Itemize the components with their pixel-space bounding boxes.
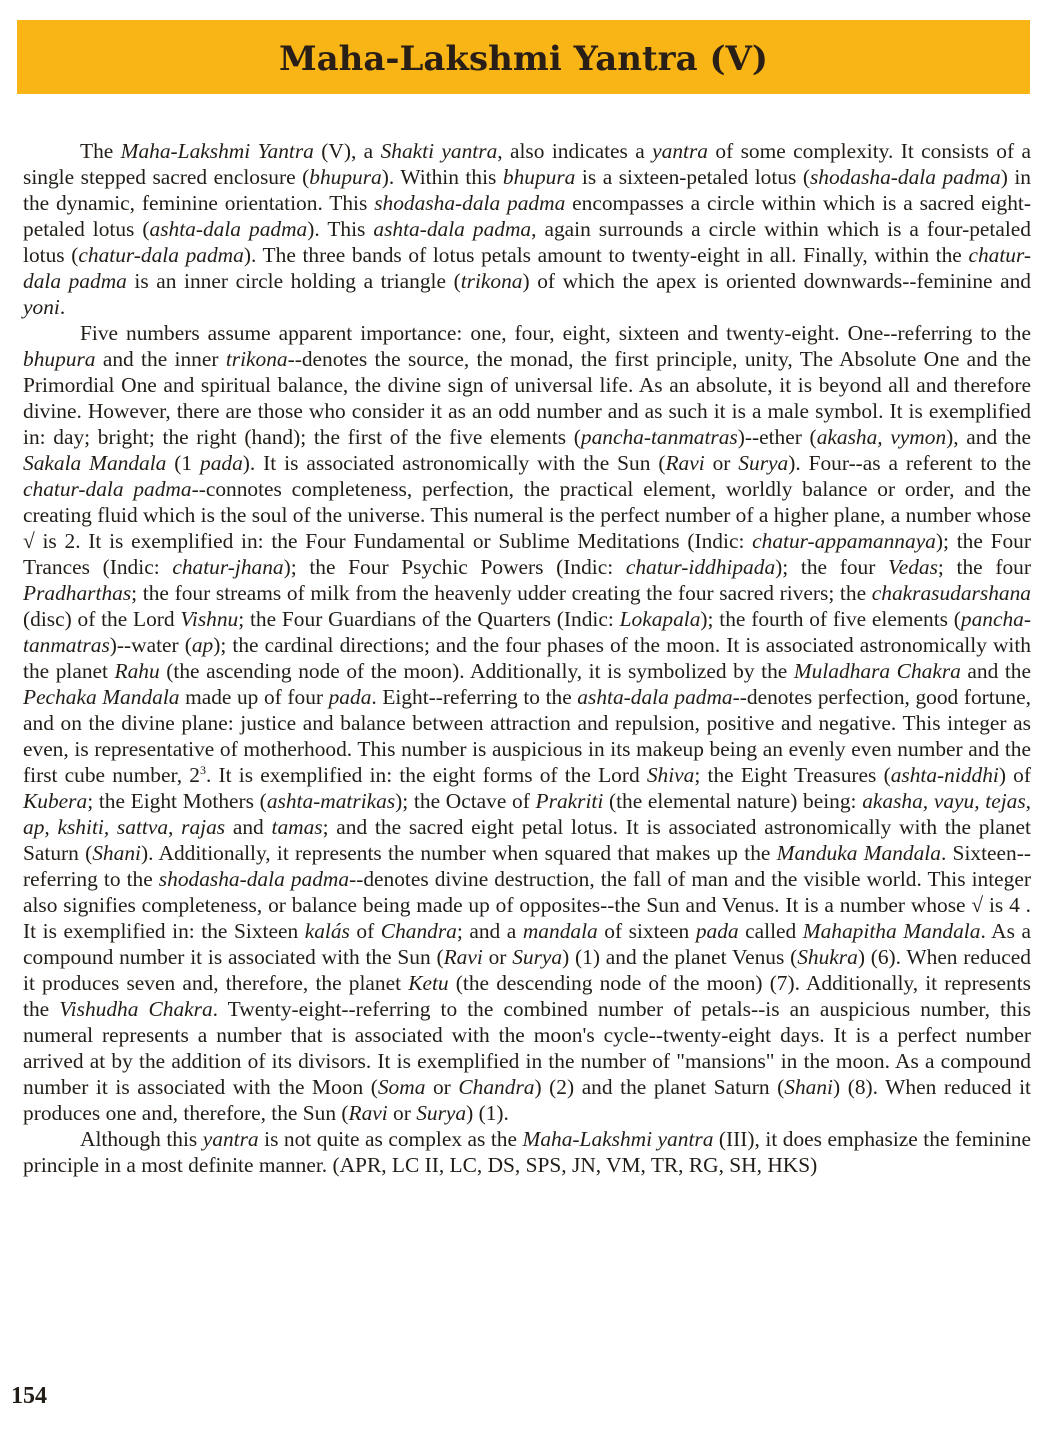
italic-term: shodasha-dala padma bbox=[159, 867, 349, 891]
title-banner: Maha-Lakshmi Yantra (V) bbox=[17, 20, 1030, 94]
italic-term: ap bbox=[192, 633, 213, 657]
italic-term: yantra bbox=[652, 139, 708, 163]
italic-term: Rahu bbox=[115, 659, 160, 683]
italic-term: ashta-matrikas bbox=[267, 789, 395, 813]
superscript: 3 bbox=[200, 763, 206, 777]
italic-term: Shiva bbox=[647, 763, 695, 787]
italic-term: bhupura bbox=[503, 165, 576, 189]
italic-term: Shani bbox=[784, 1075, 833, 1099]
italic-term: akasha, vayu, tejas, ap, kshiti, sattva,… bbox=[23, 789, 1031, 839]
paragraph-numbers: Five numbers assume apparent importance:… bbox=[23, 320, 1031, 1126]
italic-term: yantra bbox=[203, 1127, 259, 1151]
italic-term: Kubera bbox=[23, 789, 87, 813]
italic-term: Vedas bbox=[888, 555, 938, 579]
paragraph-conclusion: Although this yantra is not quite as com… bbox=[23, 1126, 1031, 1178]
italic-term: ashta-dala padma bbox=[150, 217, 308, 241]
italic-term: Maha-Lakshmi Yantra bbox=[121, 139, 314, 163]
italic-term: shodasha-dala padma bbox=[374, 191, 565, 215]
italic-term: akasha, vymon bbox=[817, 425, 946, 449]
italic-term: Chandra bbox=[458, 1075, 534, 1099]
italic-term: chakrasudarshana bbox=[872, 581, 1031, 605]
italic-term: Vishudha Chakra bbox=[59, 997, 212, 1021]
italic-term: Ravi bbox=[349, 1101, 388, 1125]
italic-term: pancha-tanmatras bbox=[23, 607, 1031, 657]
italic-term: Shani bbox=[92, 841, 141, 865]
italic-term: Ketu bbox=[408, 971, 448, 995]
italic-term: mandala bbox=[523, 919, 598, 943]
italic-term: tamas bbox=[272, 815, 323, 839]
italic-term: Ravi bbox=[665, 451, 704, 475]
italic-term: Shukra bbox=[797, 945, 858, 969]
italic-term: ashta-niddhi bbox=[891, 763, 999, 787]
italic-term: yoni bbox=[23, 295, 60, 319]
italic-term: Surya bbox=[738, 451, 788, 475]
italic-term: chatur-iddhipada bbox=[626, 555, 775, 579]
italic-term: Chandra bbox=[381, 919, 457, 943]
italic-term: bhupura bbox=[309, 165, 382, 189]
italic-term: Surya bbox=[512, 945, 562, 969]
italic-term: trikona bbox=[226, 347, 288, 371]
italic-term: ashta-dala padma bbox=[577, 685, 732, 709]
italic-term: Maha-Lakshmi yantra bbox=[523, 1127, 714, 1151]
italic-term: pada bbox=[200, 451, 243, 475]
italic-term: pada bbox=[329, 685, 372, 709]
italic-term: Lokapala bbox=[620, 607, 701, 631]
italic-term: pancha-tanmatras bbox=[581, 425, 738, 449]
italic-term: Pradharthas bbox=[23, 581, 131, 605]
italic-term: Shakti yantra bbox=[381, 139, 498, 163]
article-body: The Maha-Lakshmi Yantra (V), a Shakti ya… bbox=[23, 138, 1031, 1178]
italic-term: Mahapitha Mandala bbox=[803, 919, 981, 943]
italic-term: chatur-dala padma bbox=[23, 477, 192, 501]
italic-term: Vishnu bbox=[180, 607, 238, 631]
italic-term: Prakriti bbox=[536, 789, 604, 813]
italic-term: Ravi bbox=[444, 945, 483, 969]
italic-term: Sakala Mandala bbox=[23, 451, 166, 475]
italic-term: trikona bbox=[461, 269, 523, 293]
page-title: Maha-Lakshmi Yantra (V) bbox=[279, 39, 768, 79]
italic-term: Surya bbox=[416, 1101, 466, 1125]
italic-term: bhupura bbox=[23, 347, 96, 371]
italic-term: pada bbox=[696, 919, 739, 943]
italic-term: ashta-dala padma bbox=[373, 217, 531, 241]
italic-term: chatur-jhana bbox=[172, 555, 283, 579]
italic-term: chatur-dala padma bbox=[78, 243, 243, 267]
italic-term: Manduka Mandala bbox=[777, 841, 941, 865]
italic-term: Soma bbox=[378, 1075, 426, 1099]
italic-term: kalás bbox=[305, 919, 350, 943]
italic-term: shodasha-dala padma bbox=[810, 165, 1001, 189]
paragraph-intro: The Maha-Lakshmi Yantra (V), a Shakti ya… bbox=[23, 138, 1031, 320]
page-number: 154 bbox=[11, 1383, 47, 1410]
italic-term: Muladhara Chakra bbox=[794, 659, 961, 683]
italic-term: chatur-appamannaya bbox=[752, 529, 936, 553]
italic-term: Pechaka Mandala bbox=[23, 685, 179, 709]
